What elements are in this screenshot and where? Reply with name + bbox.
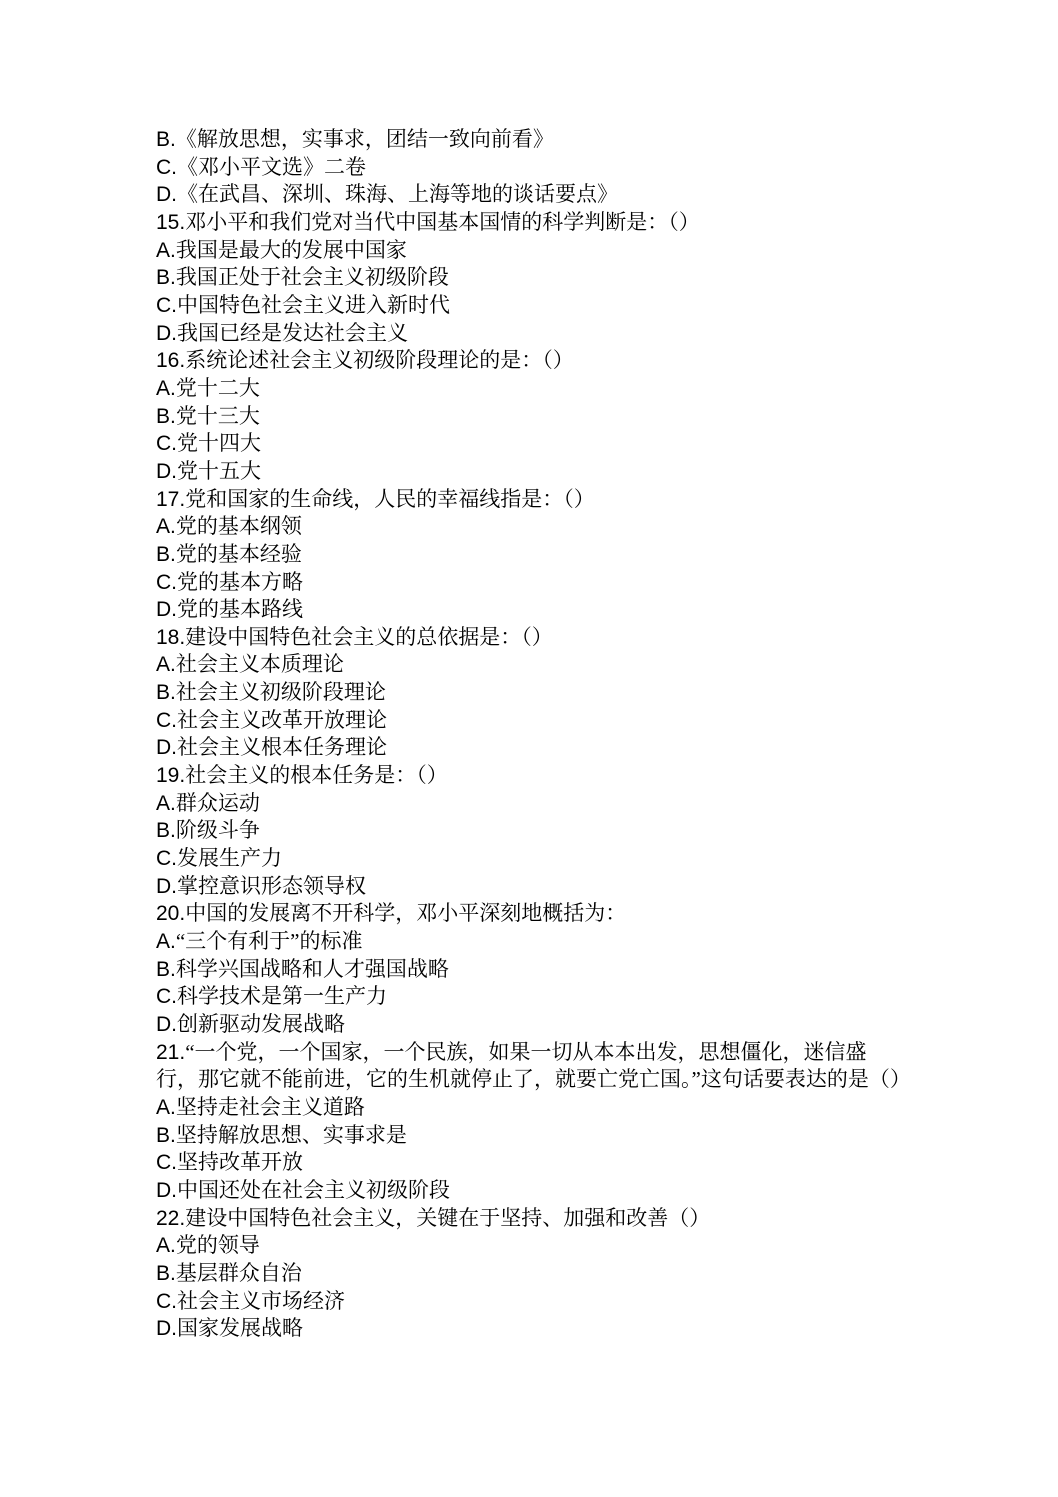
question-stem-line: 17.党和国家的生命线，人民的幸福线指是：（） [156, 486, 904, 514]
option-text: 掌控意识形态领导权 [177, 874, 366, 898]
option-label: D. [156, 598, 177, 621]
option-label: A. [156, 1096, 176, 1119]
option-text: 创新驱动发展战略 [177, 1012, 345, 1036]
option-line: D.党的基本路线 [156, 596, 904, 624]
option-label: B. [156, 266, 176, 289]
question-stem-line: 21.“一个党，一个国家，一个民族，如果一切从本本出发，思想僵化，迷信盛行，那它… [156, 1039, 904, 1094]
question-stem-line: 19.社会主义的根本任务是：（） [156, 762, 904, 790]
question-number: 21. [156, 1041, 185, 1064]
option-label: B. [156, 128, 176, 151]
option-text: 党十四大 [177, 431, 261, 455]
question-stem: 邓小平和我们党对当代中国基本国情的科学判断是：（） [185, 210, 700, 234]
option-line: B.我国正处于社会主义初级阶段 [156, 264, 904, 292]
option-line: D.我国已经是发达社会主义 [156, 320, 904, 348]
option-line: B.科学兴国战略和人才强国战略 [156, 956, 904, 984]
question-stem: 党和国家的生命线，人民的幸福线指是：（） [185, 487, 595, 511]
question-number: 20. [156, 902, 185, 925]
option-label: C. [156, 571, 177, 594]
option-label: C. [156, 985, 177, 1008]
option-label: C. [156, 432, 177, 455]
question-stem-line: 22.建设中国特色社会主义，关键在于坚持、加强和改善（） [156, 1205, 904, 1233]
option-text: 党的基本经验 [176, 542, 302, 566]
option-text: 党的基本纲领 [176, 514, 302, 538]
option-line: A.“三个有利于”的标准 [156, 928, 904, 956]
question-number: 18. [156, 626, 185, 649]
option-line: D.创新驱动发展战略 [156, 1011, 904, 1039]
option-label: B. [156, 819, 176, 842]
option-text: 基层群众自治 [176, 1261, 302, 1285]
option-line: C.社会主义改革开放理论 [156, 707, 904, 735]
option-text: 《邓小平文选》二卷 [177, 155, 366, 179]
option-line: B.党的基本经验 [156, 541, 904, 569]
option-text: 党的领导 [176, 1233, 260, 1257]
option-label: A. [156, 792, 176, 815]
exam-text-block: B.《解放思想，实事求，团结一致向前看》 C.《邓小平文选》二卷 D.《在武昌、… [156, 126, 904, 1343]
option-text: 坚持走社会主义道路 [176, 1095, 365, 1119]
option-line: B.基层群众自治 [156, 1260, 904, 1288]
option-label: D. [156, 1317, 177, 1340]
option-label: B. [156, 543, 176, 566]
option-text: 我国已经是发达社会主义 [177, 321, 408, 345]
option-text: 社会主义本质理论 [176, 652, 344, 676]
option-label: C. [156, 847, 177, 870]
option-label: B. [156, 681, 176, 704]
question-stem-line: 15.邓小平和我们党对当代中国基本国情的科学判断是：（） [156, 209, 904, 237]
option-line: D.国家发展战略 [156, 1315, 904, 1343]
option-line: C.科学技术是第一生产力 [156, 983, 904, 1011]
option-label: D. [156, 1179, 177, 1202]
question-stem: “一个党，一个国家，一个民族，如果一切从本本出发，思想僵化，迷信盛行，那它就不能… [156, 1040, 911, 1092]
option-line: C.社会主义市场经济 [156, 1288, 904, 1316]
partial-option-line: B.《解放思想，实事求，团结一致向前看》 [156, 126, 904, 154]
option-label: C. [156, 1290, 177, 1313]
option-text: 我国是最大的发展中国家 [176, 238, 407, 262]
option-label: D. [156, 875, 177, 898]
question-stem: 社会主义的根本任务是：（） [185, 763, 448, 787]
option-label: D. [156, 736, 177, 759]
option-label: D. [156, 460, 177, 483]
option-line: A.我国是最大的发展中国家 [156, 237, 904, 265]
option-line: C.坚持改革开放 [156, 1149, 904, 1177]
option-text: 发展生产力 [177, 846, 282, 870]
question-number: 16. [156, 349, 185, 372]
option-text: 党十五大 [177, 459, 261, 483]
question-number: 22. [156, 1207, 185, 1230]
option-label: A. [156, 653, 176, 676]
option-label: A. [156, 1234, 176, 1257]
option-line: D.社会主义根本任务理论 [156, 734, 904, 762]
option-line: B.坚持解放思想、实事求是 [156, 1122, 904, 1150]
option-label: A. [156, 930, 176, 953]
option-text: 党十二大 [176, 376, 260, 400]
option-label: B. [156, 1124, 176, 1147]
option-line: B.阶级斗争 [156, 817, 904, 845]
question-number: 15. [156, 211, 185, 234]
option-label: C. [156, 156, 177, 179]
option-text: 党的基本路线 [177, 597, 303, 621]
option-label: B. [156, 405, 176, 428]
option-text: 《在武昌、深圳、珠海、上海等地的谈话要点》 [177, 182, 618, 206]
option-text: “三个有利于”的标准 [176, 929, 363, 953]
option-line: C.中国特色社会主义进入新时代 [156, 292, 904, 320]
option-text: 《解放思想，实事求，团结一致向前看》 [176, 127, 554, 151]
option-line: D.掌控意识形态领导权 [156, 873, 904, 901]
option-line: C.发展生产力 [156, 845, 904, 873]
option-label: D. [156, 322, 177, 345]
option-line: D.中国还处在社会主义初级阶段 [156, 1177, 904, 1205]
option-text: 群众运动 [176, 791, 260, 815]
question-stem: 建设中国特色社会主义的总依据是：（） [185, 625, 553, 649]
option-label: D. [156, 1013, 177, 1036]
option-line: A.群众运动 [156, 790, 904, 818]
option-label: D. [156, 183, 177, 206]
option-label: C. [156, 294, 177, 317]
option-label: A. [156, 239, 176, 262]
document-page: B.《解放思想，实事求，团结一致向前看》 C.《邓小平文选》二卷 D.《在武昌、… [0, 0, 1058, 1497]
question-number: 19. [156, 764, 185, 787]
option-label: B. [156, 958, 176, 981]
option-text: 社会主义根本任务理论 [177, 735, 387, 759]
option-text: 阶级斗争 [176, 818, 260, 842]
question-stem-line: 20.中国的发展离不开科学，邓小平深刻地概括为： [156, 900, 904, 928]
option-line: A.党的基本纲领 [156, 513, 904, 541]
option-text: 社会主义初级阶段理论 [176, 680, 386, 704]
option-text: 中国还处在社会主义初级阶段 [177, 1178, 450, 1202]
question-number: 17. [156, 488, 185, 511]
option-line: B.党十三大 [156, 403, 904, 431]
option-line: A.社会主义本质理论 [156, 651, 904, 679]
question-stem-line: 16.系统论述社会主义初级阶段理论的是：（） [156, 347, 904, 375]
option-text: 坚持解放思想、实事求是 [176, 1123, 407, 1147]
option-label: B. [156, 1262, 176, 1285]
option-line: C.党十四大 [156, 430, 904, 458]
option-text: 中国特色社会主义进入新时代 [177, 293, 450, 317]
option-line: C.党的基本方略 [156, 569, 904, 597]
question-stem: 中国的发展离不开科学，邓小平深刻地概括为： [185, 901, 626, 925]
option-line: A.党的领导 [156, 1232, 904, 1260]
partial-option-line: C.《邓小平文选》二卷 [156, 154, 904, 182]
question-stem-line: 18.建设中国特色社会主义的总依据是：（） [156, 624, 904, 652]
question-stem: 建设中国特色社会主义，关键在于坚持、加强和改善（） [185, 1206, 710, 1230]
option-line: A.党十二大 [156, 375, 904, 403]
partial-option-line: D.《在武昌、深圳、珠海、上海等地的谈话要点》 [156, 181, 904, 209]
option-text: 我国正处于社会主义初级阶段 [176, 265, 449, 289]
option-label: C. [156, 709, 177, 732]
option-text: 党十三大 [176, 404, 260, 428]
option-text: 国家发展战略 [177, 1316, 303, 1340]
option-text: 社会主义改革开放理论 [177, 708, 387, 732]
option-label: A. [156, 377, 176, 400]
option-label: A. [156, 515, 176, 538]
option-line: D.党十五大 [156, 458, 904, 486]
option-text: 坚持改革开放 [177, 1150, 303, 1174]
option-text: 党的基本方略 [177, 570, 303, 594]
option-line: A.坚持走社会主义道路 [156, 1094, 904, 1122]
option-label: C. [156, 1151, 177, 1174]
option-text: 社会主义市场经济 [177, 1289, 345, 1313]
option-line: B.社会主义初级阶段理论 [156, 679, 904, 707]
question-stem: 系统论述社会主义初级阶段理论的是：（） [185, 348, 574, 372]
option-text: 科学兴国战略和人才强国战略 [176, 957, 449, 981]
option-text: 科学技术是第一生产力 [177, 984, 387, 1008]
